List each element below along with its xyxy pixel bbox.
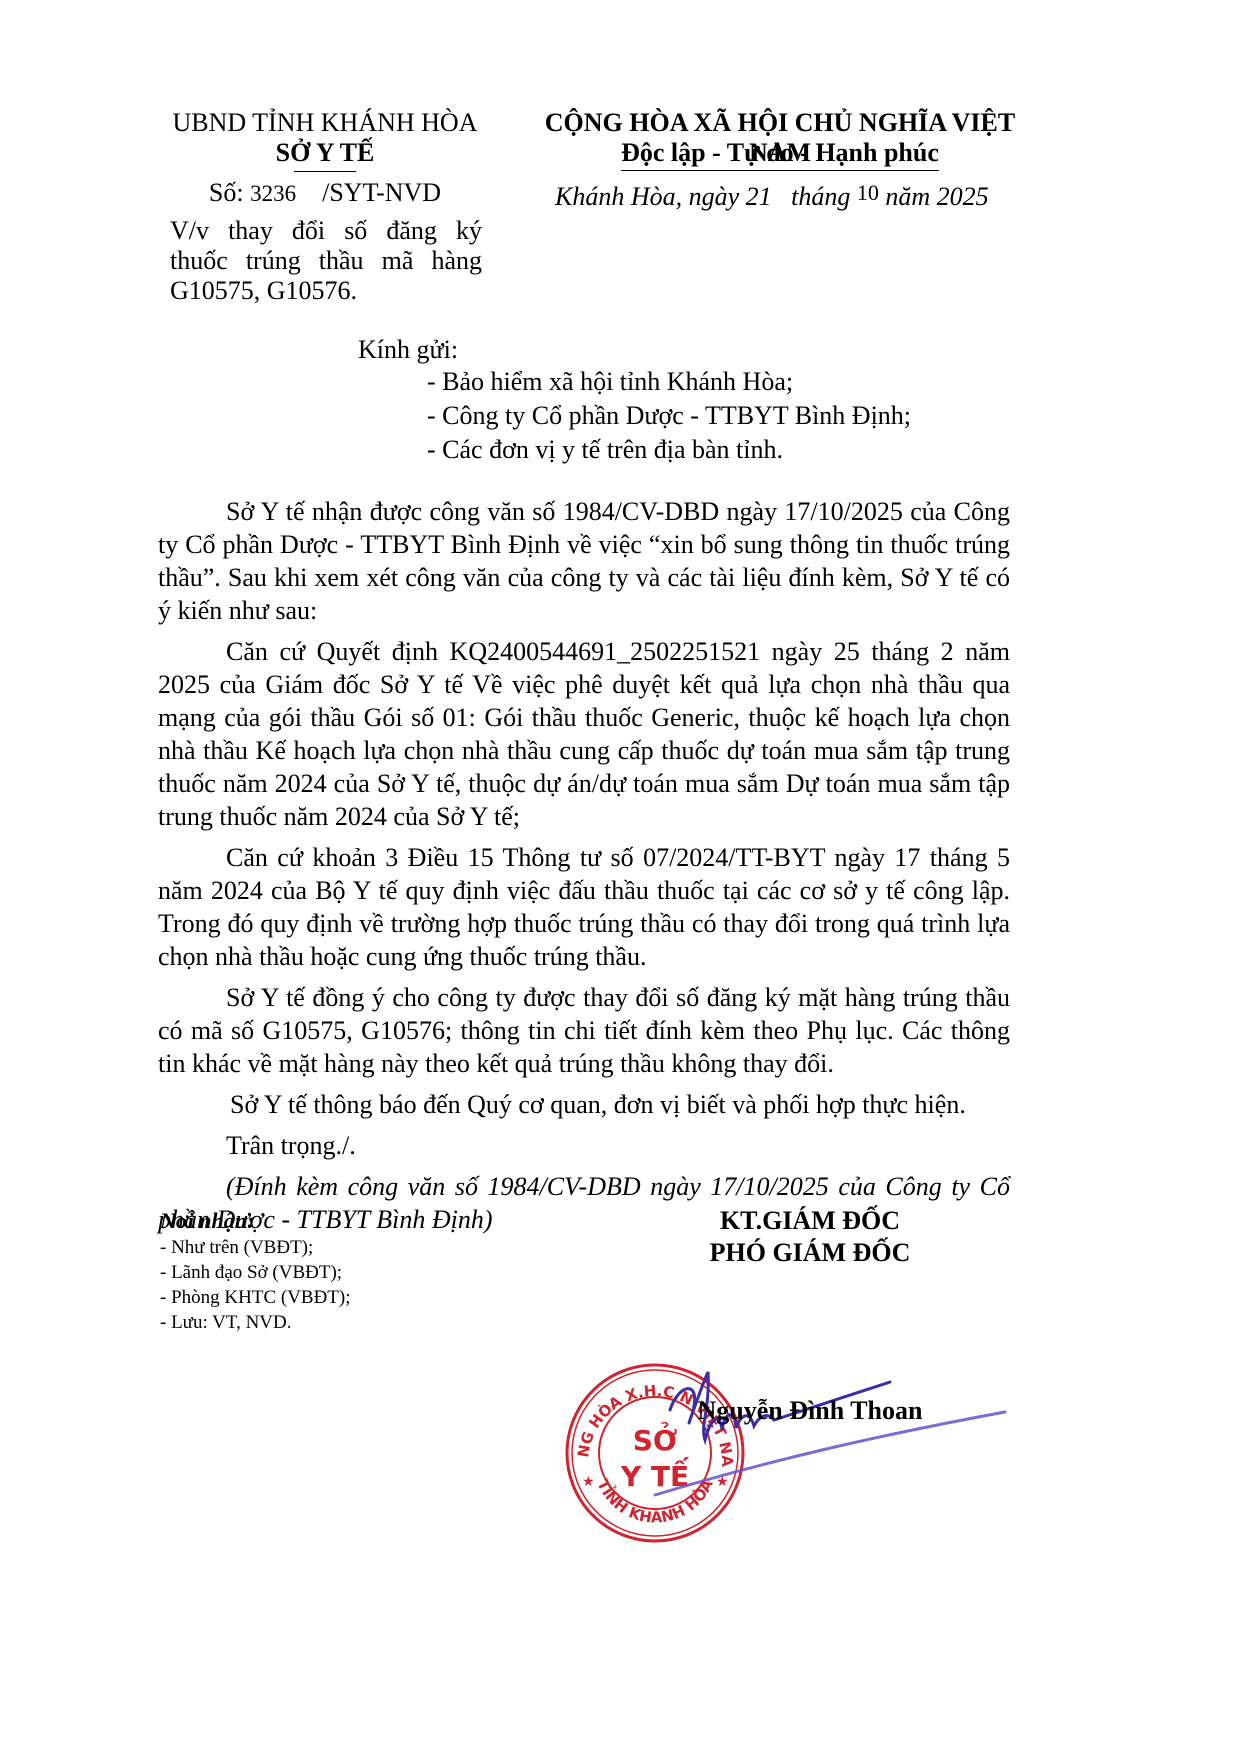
handwritten-signature: [650, 1350, 1010, 1510]
recipient-item: - Các đơn vị y tế trên địa bàn tỉnh.: [427, 433, 911, 467]
date-month: 10: [857, 180, 879, 205]
body-paragraph: Sở Y tế đồng ý cho công ty được thay đổi…: [158, 981, 1010, 1080]
document-number: Số: 3236 /SYT-NVD: [170, 178, 480, 209]
distribution-list: Nơi nhận: - Như trên (VBĐT); - Lãnh đạo …: [160, 1207, 351, 1335]
recipients-list: - Bảo hiểm xã hội tỉnh Khánh Hòa; - Công…: [427, 365, 911, 467]
body-paragraph: Sở Y tế thông báo đến Quý cơ quan, đơn v…: [158, 1088, 1010, 1121]
body-paragraph: Sở Y tế nhận được công văn số 1984/CV-DB…: [158, 495, 1010, 627]
year-label: năm 2025: [885, 182, 988, 211]
distribution-item: - Như trên (VBĐT);: [160, 1235, 351, 1260]
signer-name: Nguyễn Đình Thoan: [600, 1396, 1020, 1426]
signature-block: KT.GIÁM ĐỐC PHÓ GIÁM ĐỐC: [600, 1205, 1020, 1269]
recipients-label: Kính gửi:: [358, 333, 458, 367]
date-day: 21: [746, 182, 772, 211]
distribution-title: Nơi nhận:: [160, 1207, 351, 1235]
agency-name: SỞ Y TẾ: [170, 138, 480, 168]
distribution-item: - Phòng KHTC (VBĐT);: [160, 1285, 351, 1310]
body-paragraph: Căn cứ khoản 3 Điều 15 Thông tư số 07/20…: [158, 841, 1010, 973]
signature-role-line2: PHÓ GIÁM ĐỐC: [600, 1237, 1020, 1269]
doc-number-suffix: /SYT-NVD: [322, 178, 441, 207]
place-date: Khánh Hòa, ngày 21 tháng 10 năm 2025: [555, 178, 1025, 212]
signature-scribble-icon: [650, 1350, 1010, 1510]
body-paragraph: Trân trọng./.: [158, 1129, 1010, 1162]
month-label: tháng: [791, 182, 850, 211]
subject: V/v thay đổi số đăng ký thuốc trúng thầu…: [170, 216, 482, 306]
recipient-item: - Bảo hiểm xã hội tỉnh Khánh Hòa;: [427, 365, 911, 399]
doc-number-value: 3236: [250, 181, 296, 206]
motto: Độc lập - Tự do - Hạnh phúc: [540, 138, 1020, 171]
document-body: Sở Y tế nhận được công văn số 1984/CV-DB…: [158, 495, 1010, 1244]
doc-number-prefix: Số:: [209, 178, 244, 207]
distribution-item: - Lưu: VT, NVD.: [160, 1310, 351, 1335]
agency-name-text: SỞ Y TẾ: [276, 138, 375, 168]
recipient-item: - Công ty Cổ phần Dược - TTBYT Bình Định…: [427, 399, 911, 433]
place-label: Khánh Hòa, ngày: [555, 182, 739, 211]
agency-parent: UBND TỈNH KHÁNH HÒA: [170, 108, 480, 138]
stamp-star-icon: ★: [582, 1475, 595, 1490]
motto-text: Độc lập - Tự do - Hạnh phúc: [621, 138, 939, 171]
signature-role-line1: KT.GIÁM ĐỐC: [600, 1205, 1020, 1237]
body-paragraph: Căn cứ Quyết định KQ2400544691_250225152…: [158, 635, 1010, 833]
distribution-item: - Lãnh đạo Sở (VBĐT);: [160, 1260, 351, 1285]
